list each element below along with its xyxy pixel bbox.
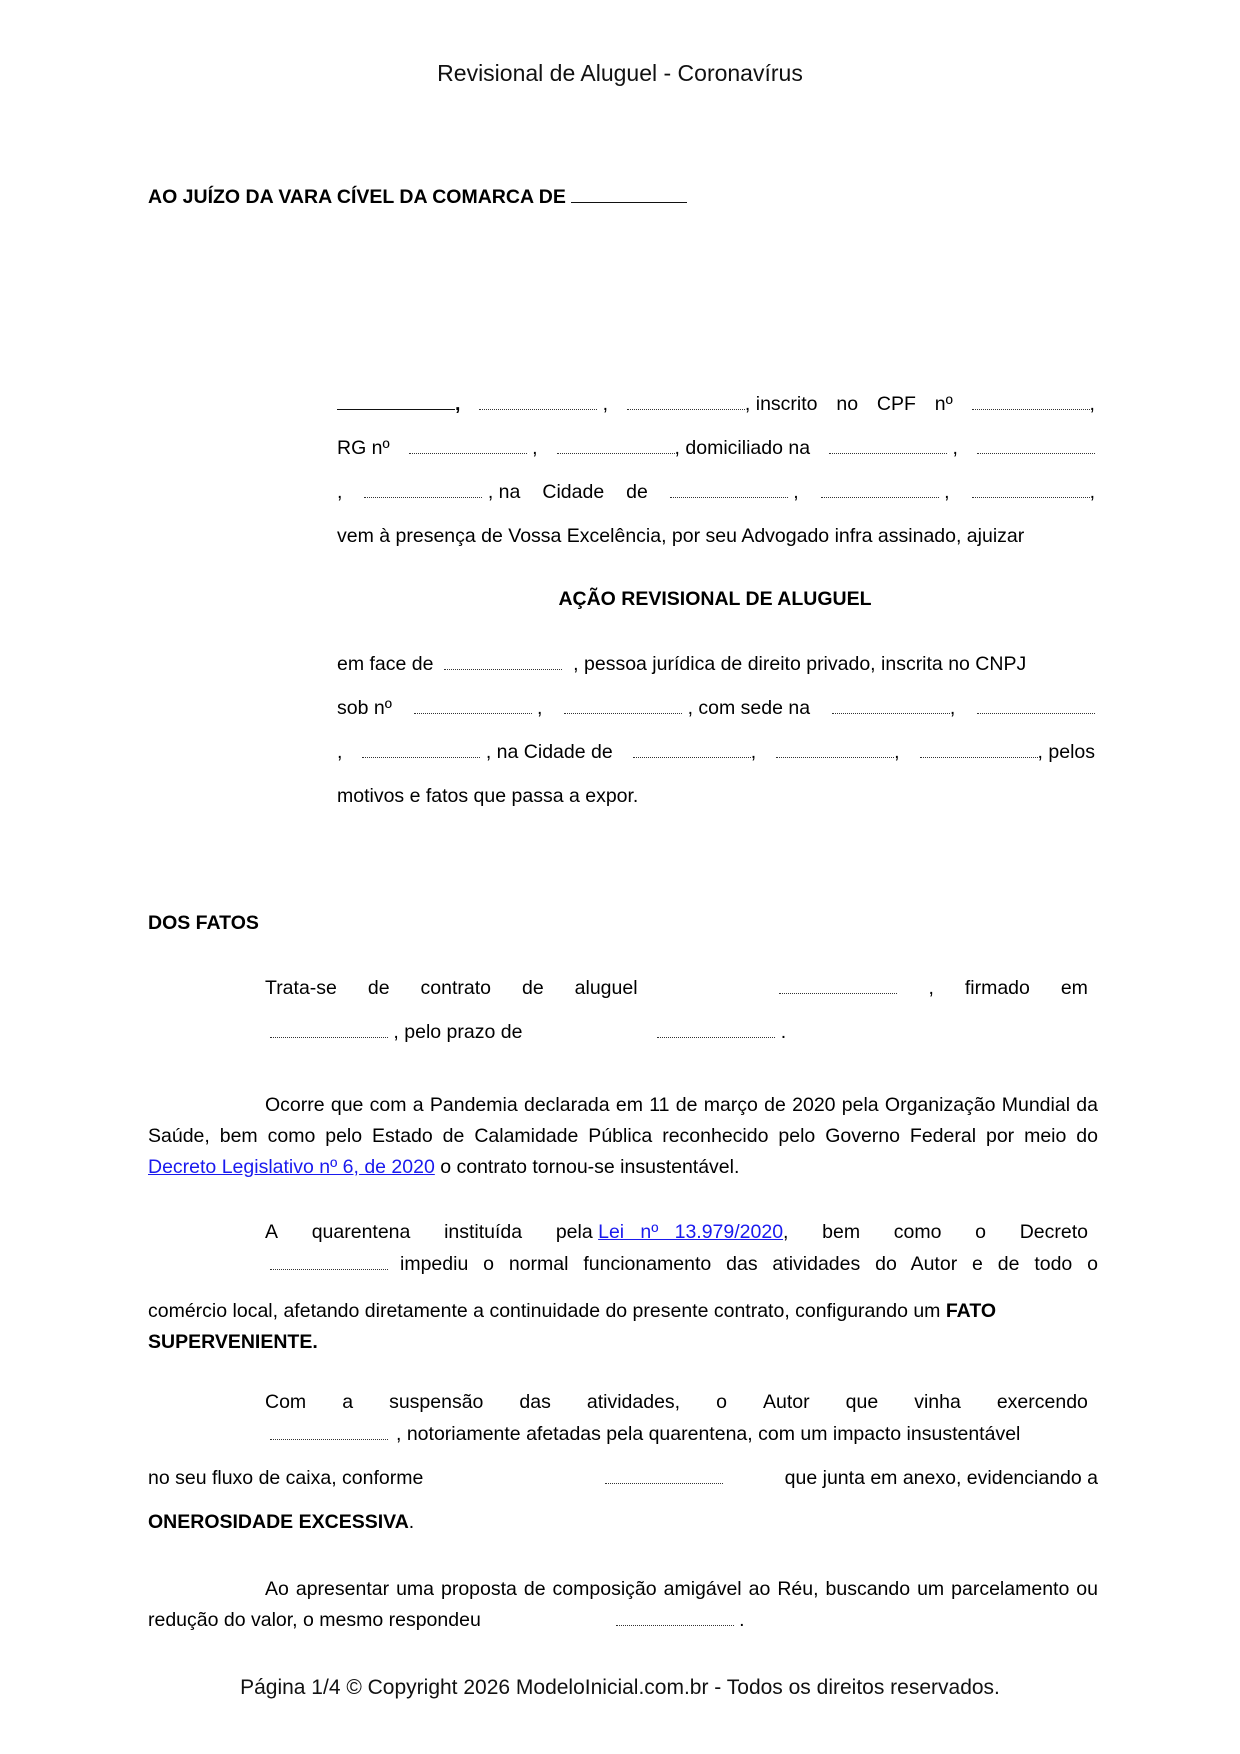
- cnpj-extra-blank[interactable]: [564, 712, 682, 714]
- document-header-title: Revisional de Aluguel - Coronavírus: [0, 60, 1240, 87]
- facts-p4-line-2: , notoriamente afetadas pela quarentena,…: [270, 1422, 1098, 1446]
- text: , pelo prazo de: [393, 1021, 522, 1043]
- superveniente-bold: SUPERVENIENTE.: [148, 1331, 318, 1353]
- comma: ,: [337, 480, 342, 504]
- lei-13979-link[interactable]: Lei nº 13.979/2020: [598, 1221, 783, 1243]
- page-footer: Página 1/4 © Copyright 2026 ModeloInicia…: [0, 1676, 1240, 1700]
- word: a: [342, 1390, 353, 1414]
- address-number-blank[interactable]: [977, 452, 1095, 454]
- facts-p3-line-1: A quarentena instituída pela Lei nº 13.9…: [265, 1220, 1088, 1244]
- text: no seu fluxo de caixa, conforme: [148, 1466, 423, 1490]
- qualification-line-4: vem à presença de Vossa Excelência, por …: [337, 524, 1024, 548]
- word: A: [265, 1220, 278, 1244]
- comma: ,: [751, 741, 756, 763]
- contract-term-blank[interactable]: [657, 1036, 775, 1038]
- text: , notoriamente afetadas pela quarentena,…: [396, 1422, 1098, 1446]
- hq-number-blank[interactable]: [977, 712, 1095, 714]
- defendant-line-4: motivos e fatos que passa a expor.: [337, 784, 638, 808]
- comma: ,: [455, 393, 460, 415]
- cnpj-blank[interactable]: [414, 712, 532, 714]
- word: como: [894, 1220, 942, 1244]
- cpf-blank[interactable]: [972, 408, 1090, 410]
- word: Autor: [763, 1390, 810, 1414]
- activity-blank[interactable]: [270, 1438, 388, 1440]
- text: .: [409, 1511, 414, 1533]
- comma: ,: [532, 437, 537, 459]
- comma: ,: [337, 740, 342, 764]
- text: impediu o normal funcionamento das ativi…: [400, 1252, 1098, 1276]
- word: exercendo: [997, 1390, 1088, 1414]
- word: bem: [822, 1220, 860, 1244]
- comma: ,: [953, 437, 958, 459]
- comma: ,: [1090, 481, 1095, 503]
- word: das: [519, 1390, 550, 1414]
- word: de: [368, 976, 390, 1000]
- text: , pessoa jurídica de direito privado, in…: [573, 653, 1026, 675]
- comma: ,: [1090, 393, 1095, 415]
- contract-type-blank[interactable]: [779, 992, 897, 994]
- fato-bold: FATO: [946, 1300, 996, 1322]
- word: quarentena: [312, 1220, 411, 1244]
- text: de: [626, 480, 648, 504]
- text: , na: [488, 481, 521, 503]
- word: o: [975, 1220, 986, 1244]
- response-blank[interactable]: [616, 1624, 734, 1626]
- addressee-text: AO JUÍZO DA VARA CÍVEL DA COMARCA DE: [148, 186, 566, 208]
- word: que: [846, 1390, 879, 1414]
- hq-zip-blank[interactable]: [920, 756, 1038, 758]
- hq-state-blank[interactable]: [776, 756, 894, 758]
- hq-address-blank[interactable]: [832, 712, 950, 714]
- word: suspensão: [389, 1390, 483, 1414]
- nationality-blank[interactable]: [479, 408, 597, 410]
- word: de: [522, 976, 544, 1000]
- section-title-facts: DOS FATOS: [148, 912, 259, 935]
- qualification-line-1: , , , inscrito no CPF nº ,: [337, 392, 1095, 416]
- zip-blank[interactable]: [972, 496, 1090, 498]
- decreto-legislativo-link[interactable]: Decreto Legislativo nº 6, de 2020: [148, 1156, 435, 1178]
- facts-p1-line-2: , pelo prazo de .: [270, 1020, 786, 1044]
- facts-p2: Ocorre que com a Pandemia declarada em 1…: [148, 1090, 1098, 1183]
- text: CPF: [877, 392, 916, 416]
- text: , com sede na: [688, 697, 810, 719]
- text: , pelos: [1038, 741, 1095, 763]
- comma: ,: [894, 741, 899, 763]
- defendant-line-3: , , na Cidade de , , , pelos: [337, 740, 1095, 764]
- word: aluguel: [575, 976, 638, 1000]
- facts-p3-line-2: impediu o normal funcionamento das ativi…: [270, 1252, 1098, 1276]
- hq-city-blank[interactable]: [633, 756, 751, 758]
- text: Cidade: [542, 480, 604, 504]
- contract-date-blank[interactable]: [270, 1036, 388, 1038]
- facts-p4-line-3: no seu fluxo de caixa, conforme que junt…: [148, 1466, 1098, 1490]
- text: o contrato tornou-se insustentável.: [435, 1156, 740, 1178]
- qualification-line-2: RG nº , , domiciliado na ,: [337, 436, 1095, 460]
- text: comércio local, afetando diretamente a c…: [148, 1300, 946, 1322]
- word: contrato: [421, 976, 491, 1000]
- rg-blank[interactable]: [409, 452, 527, 454]
- qualification-line-3: , , na Cidade de , , ,: [337, 480, 1095, 504]
- comma: ,: [944, 481, 949, 503]
- plaintiff-name-blank[interactable]: [337, 408, 455, 410]
- defendant-line-2: sob nº , , com sede na ,: [337, 696, 1095, 720]
- word: instituída: [444, 1220, 522, 1244]
- comma: ,: [783, 1221, 788, 1243]
- word: o: [716, 1390, 727, 1414]
- word: Decreto: [1020, 1220, 1088, 1244]
- city-blank[interactable]: [670, 496, 788, 498]
- word: atividades,: [587, 1390, 680, 1414]
- text: nº: [935, 392, 953, 416]
- facts-p1-line-1: Trata-se de contrato de aluguel , firmad…: [265, 976, 1088, 1000]
- address-blank[interactable]: [829, 452, 947, 454]
- text: que junta em anexo, evidenciando a: [785, 1466, 1098, 1490]
- word: Com: [265, 1390, 306, 1414]
- word: pela: [556, 1221, 593, 1243]
- comma: ,: [537, 697, 542, 719]
- comma: ,: [793, 481, 798, 503]
- text: Ocorre que com a Pandemia declarada em 1…: [148, 1094, 1098, 1147]
- rg-issuer-blank[interactable]: [557, 452, 675, 454]
- word: vinha: [914, 1390, 961, 1414]
- addressee-heading: AO JUÍZO DA VARA CÍVEL DA COMARCA DE: [148, 186, 687, 209]
- hq-neighborhood-blank[interactable]: [362, 756, 480, 758]
- marital-status-blank[interactable]: [627, 408, 745, 410]
- text: .: [781, 1021, 786, 1043]
- onerosidade-bold: ONEROSIDADE EXCESSIVA: [148, 1511, 409, 1533]
- decree-number-blank[interactable]: [270, 1268, 388, 1270]
- comarca-blank[interactable]: [571, 201, 687, 203]
- comma: ,: [950, 697, 955, 719]
- text: RG nº: [337, 436, 390, 460]
- defendant-line-1: em face de , pessoa jurídica de direito …: [337, 652, 1095, 676]
- text: , domiciliado na: [675, 437, 811, 459]
- facts-p3-line-3: comércio local, afetando diretamente a c…: [148, 1296, 1098, 1358]
- state-blank[interactable]: [821, 496, 939, 498]
- text: no: [836, 392, 858, 416]
- document-blank[interactable]: [605, 1482, 723, 1484]
- comma: ,: [928, 976, 933, 1000]
- comma: ,: [603, 393, 608, 415]
- defendant-name-blank[interactable]: [444, 668, 562, 670]
- word: firmado: [965, 976, 1030, 1000]
- text: sob nº: [337, 696, 392, 720]
- facts-p4-line-4: ONEROSIDADE EXCESSIVA.: [148, 1510, 414, 1534]
- facts-p5: Ao apresentar uma proposta de composição…: [148, 1574, 1098, 1636]
- text: , inscrito: [745, 393, 818, 415]
- text: .: [739, 1609, 744, 1631]
- facts-p4-line-1: Com a suspensão das atividades, o Autor …: [265, 1390, 1088, 1414]
- text: , na Cidade de: [486, 741, 613, 763]
- word: em: [1061, 976, 1088, 1000]
- neighborhood-blank[interactable]: [364, 496, 482, 498]
- word: Trata-se: [265, 976, 337, 1000]
- text: em face de: [337, 653, 433, 675]
- action-title: AÇÃO REVISIONAL DE ALUGUEL: [0, 588, 1240, 611]
